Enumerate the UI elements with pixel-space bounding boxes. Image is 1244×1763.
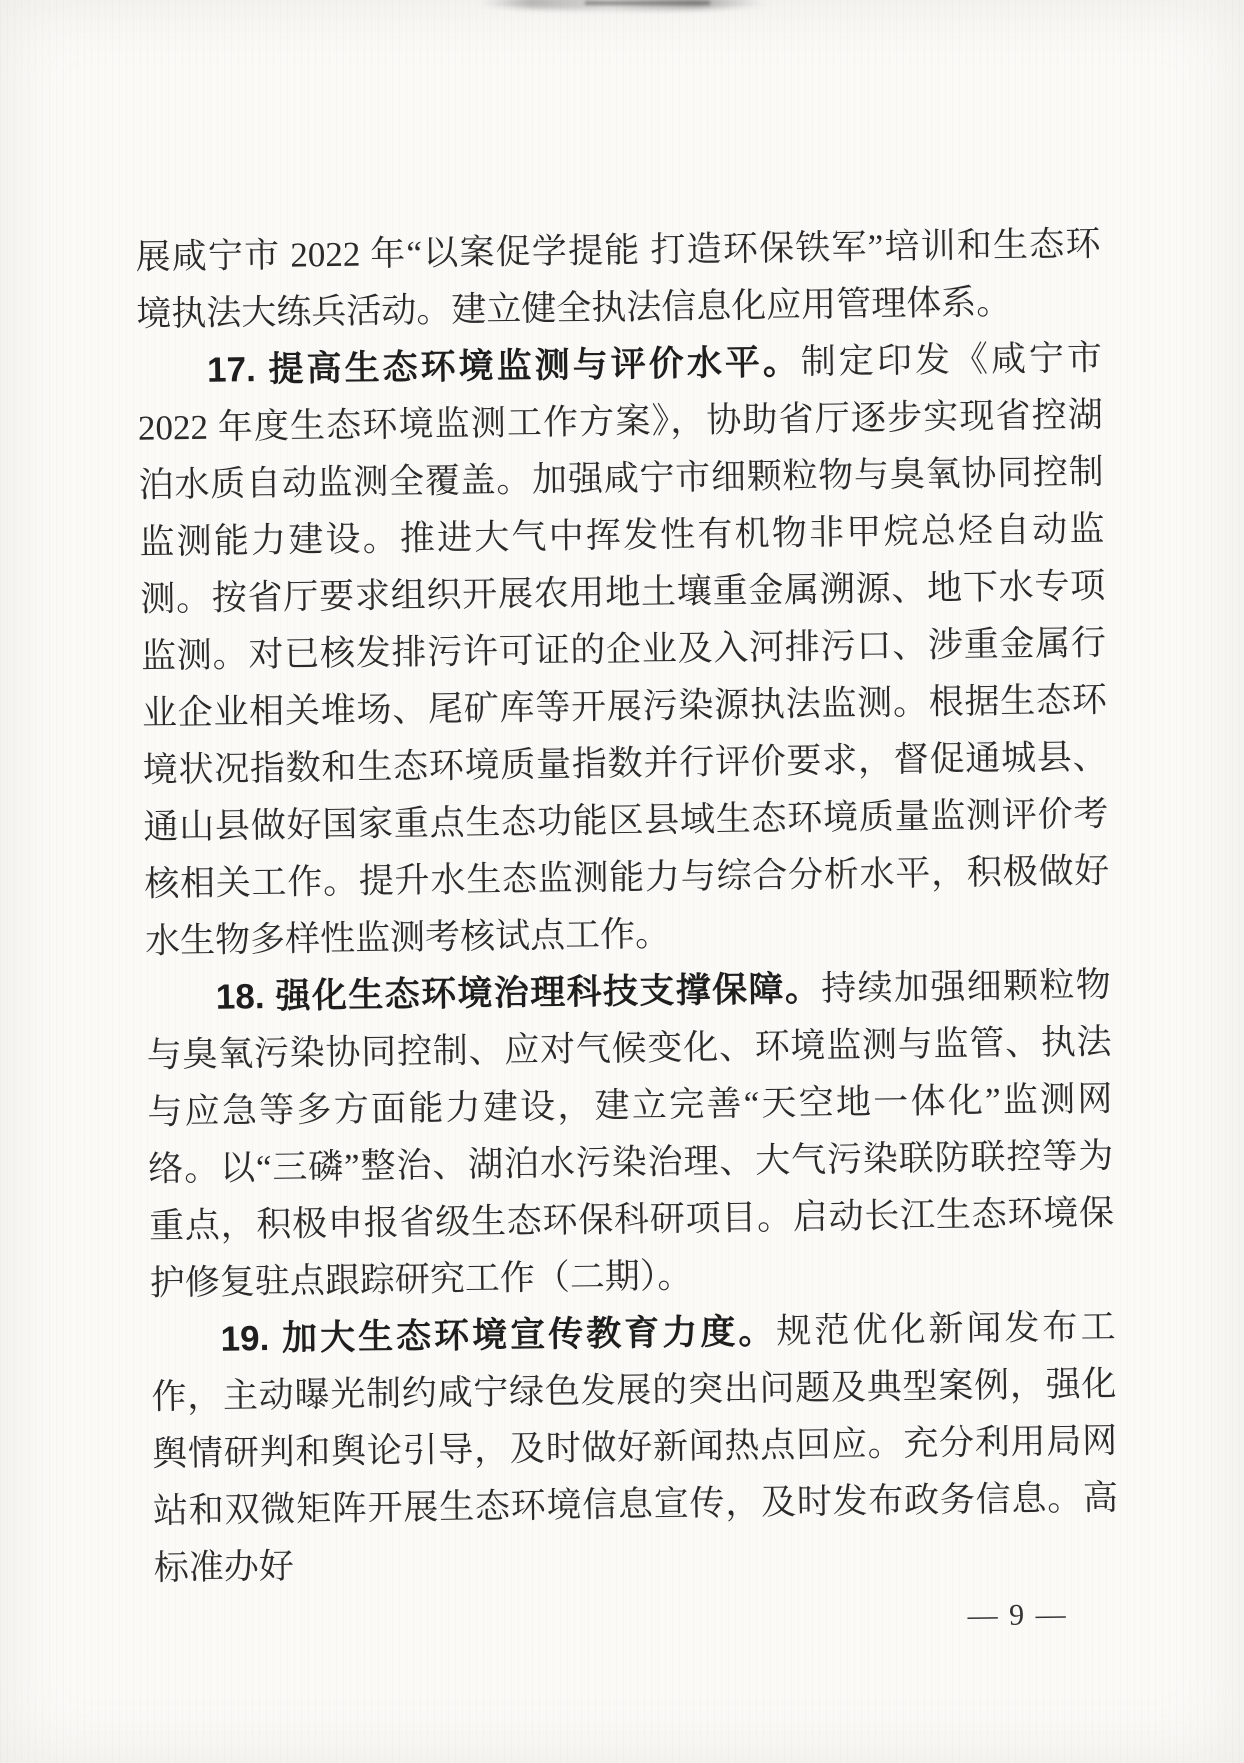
scan-artifact-streak xyxy=(585,1,710,5)
document-body: 展咸宁市 2022 年“以案促学提能 打造环保铁军”培训和生态环境执法大练兵活动… xyxy=(135,215,1120,1644)
page-footer: — 9 — xyxy=(154,1597,1119,1644)
paragraph-19-heading: 19. 加大生态环境宣传教育力度。 xyxy=(220,1312,776,1359)
paragraph-text: 制定印发《咸宁市 2022 年度生态环境监测工作方案》，协助省厅逐步实现省控湖泊… xyxy=(138,338,1110,960)
paragraph-17-heading: 17. 提高生态环境监测与评价水平。 xyxy=(207,343,801,390)
paragraph-continuation: 展咸宁市 2022 年“以案促学提能 打造环保铁军”培训和生态环境执法大练兵活动… xyxy=(135,215,1101,342)
paragraph-text: 展咸宁市 2022 年“以案促学提能 打造环保铁军”培训和生态环境执法大练兵活动… xyxy=(135,224,1100,333)
paragraph-item-19: 19. 加大生态环境宣传教育力度。规范优化新闻发布工作，主动曝光制约咸宁绿色发展… xyxy=(150,1298,1119,1596)
paragraph-item-17: 17. 提高生态环境监测与评价水平。制定印发《咸宁市 2022 年度生态环境监测… xyxy=(137,329,1111,969)
document-page: 展咸宁市 2022 年“以案促学提能 打造环保铁军”培训和生态环境执法大练兵活动… xyxy=(0,0,1244,1763)
paragraph-text: 持续加强细颗粒物与臭氧污染协同控制、应对气候变化、环境监测与监管、执法与应急等多… xyxy=(146,965,1114,1302)
page-number: — 9 — xyxy=(967,1598,1067,1632)
paragraph-item-18: 18. 强化生态环境治理科技支撑保障。持续加强细颗粒物与臭氧污染协同控制、应对气… xyxy=(145,956,1115,1311)
paragraph-18-heading: 18. 强化生态环境治理科技支撑保障。 xyxy=(216,969,822,1016)
